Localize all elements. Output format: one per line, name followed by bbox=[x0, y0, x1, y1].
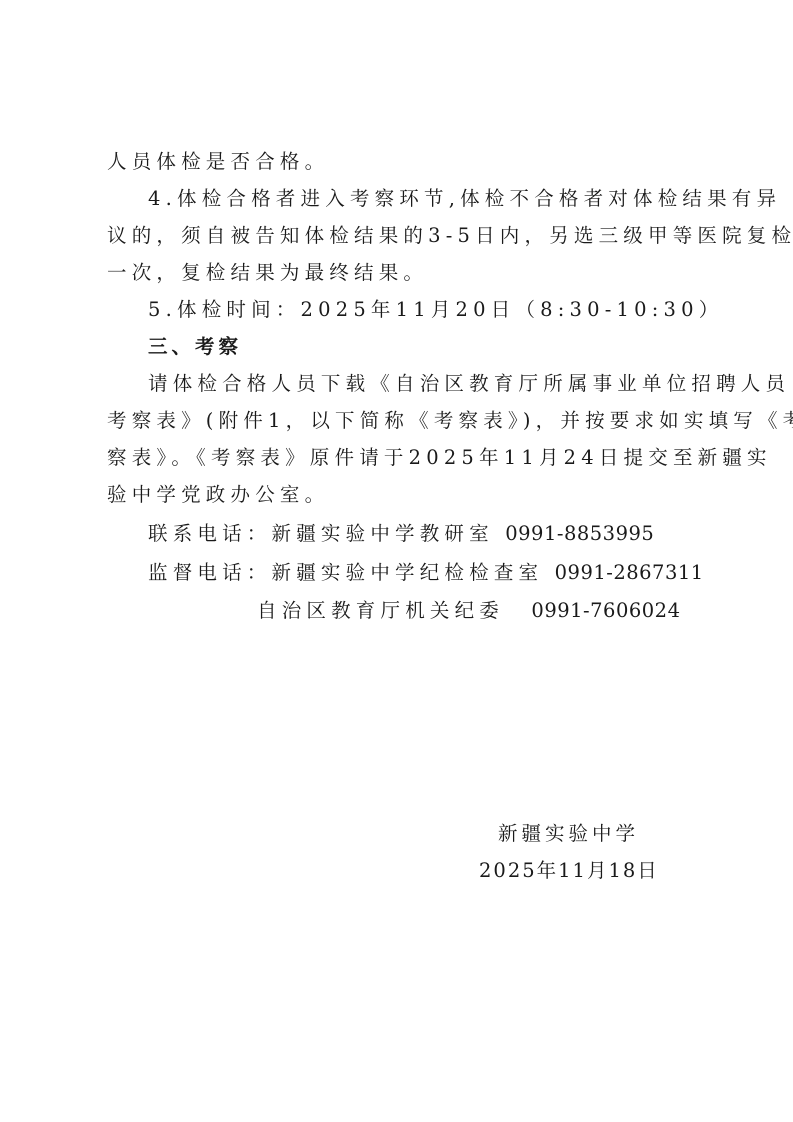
section-3-line-2: 考察表》(附件1，以下简称《考察表》)，并按要求如实填写《考 bbox=[107, 409, 793, 433]
contact-org: 新疆实验中学教研室 bbox=[272, 522, 494, 545]
supervise-phone-row-1: 监督电话：新疆实验中学纪检检查室 0991-2867311 bbox=[148, 561, 704, 585]
paragraph-continuation: 人员体检是否合格。 bbox=[107, 150, 329, 174]
signature-date: 2025年11月18日 bbox=[479, 859, 659, 883]
contact-phone-row: 联系电话：新疆实验中学教研室 0991-8853995 bbox=[148, 522, 654, 546]
supervise-label: 监督电话： bbox=[148, 561, 272, 584]
item-4-line-2: 议的，须自被告知体检结果的3-5日内，另选三级甲等医院复检 bbox=[107, 224, 793, 248]
section-3-line-4: 验中学党政办公室。 bbox=[107, 483, 329, 507]
section-3-heading: 三、考察 bbox=[148, 335, 242, 359]
contact-phone-number: 0991-8853995 bbox=[505, 522, 654, 545]
supervise-org-1: 新疆实验中学纪检检查室 bbox=[272, 561, 544, 584]
section-3-line-1: 请体检合格人员下载《自治区教育厅所属事业单位招聘人员 bbox=[148, 372, 790, 396]
item-4-line-3: 一次，复检结果为最终结果。 bbox=[107, 261, 428, 285]
supervise-phone-number-1: 0991-2867311 bbox=[555, 561, 704, 584]
supervise-phone-number-2: 0991-7606024 bbox=[531, 599, 680, 622]
item-4-line-1: 4.体检合格者进入考察环节,体检不合格者对体检结果有异 bbox=[148, 187, 781, 211]
supervise-phone-row-2: 自治区教育厅机关纪委 0991-7606024 bbox=[257, 599, 680, 623]
contact-label: 联系电话： bbox=[148, 522, 272, 545]
section-3-line-3: 察表》。《考察表》原件请于2025年11月24日提交至新疆实 bbox=[107, 446, 772, 470]
item-5-exam-time: 5.体检时间：2025年11月20日（8:30-10:30） bbox=[148, 298, 723, 322]
supervise-org-2: 自治区教育厅机关纪委 bbox=[257, 599, 504, 622]
signature-org: 新疆实验中学 bbox=[498, 822, 639, 846]
